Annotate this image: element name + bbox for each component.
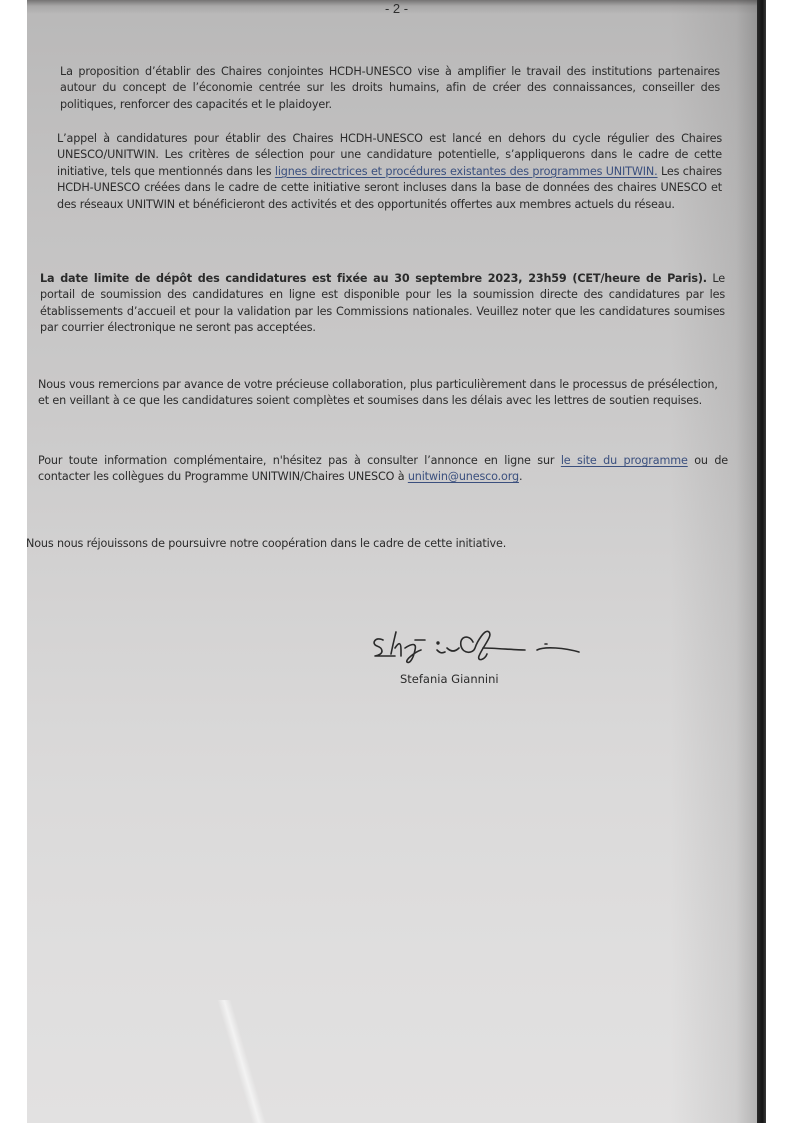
paragraph-deadline-text: La date limite de dépôt des candidatures… — [40, 271, 725, 337]
photo-canvas: - 2 - La proposition d’établir des Chair… — [0, 0, 793, 1123]
contact-text-before-link: Pour toute information complémentaire, n… — [38, 454, 561, 467]
paragraph-contact-text: Pour toute information complémentaire, n… — [38, 453, 728, 486]
contact-text-end: . — [519, 470, 522, 483]
paragraph-call-text: L’appel à candidatures pour établir des … — [57, 131, 722, 213]
paper-edge-shadow — [757, 0, 766, 1123]
signatory-name: Stefania Giannini — [400, 672, 499, 686]
paragraph-deadline: La date limite de dépôt des candidatures… — [40, 271, 725, 337]
handwritten-signature-icon — [365, 618, 595, 668]
paragraph-contact: Pour toute information complémentaire, n… — [38, 453, 728, 486]
deadline-statement: La date limite de dépôt des candidatures… — [40, 272, 707, 285]
paragraph-thanks: Nous vous remercions par avance de votre… — [38, 377, 726, 410]
paragraph-thanks-text: Nous vous remercions par avance de votre… — [38, 377, 726, 410]
paragraph-proposal-text: La proposition d’établir des Chaires con… — [60, 64, 720, 113]
program-site-link[interactable]: le site du programme — [561, 454, 688, 467]
paragraph-proposal: La proposition d’établir des Chaires con… — [60, 64, 720, 113]
paragraph-call-for-applications: L’appel à candidatures pour établir des … — [57, 131, 722, 213]
paragraph-closing-text: Nous nous réjouissons de poursuivre notr… — [26, 536, 726, 552]
unitwin-guidelines-link[interactable]: lignes directrices et procédures existan… — [275, 165, 658, 178]
page-number: - 2 - — [0, 1, 793, 16]
paragraph-closing: Nous nous réjouissons de poursuivre notr… — [26, 536, 726, 552]
unitwin-email-link[interactable]: unitwin@unesco.org — [408, 470, 519, 483]
